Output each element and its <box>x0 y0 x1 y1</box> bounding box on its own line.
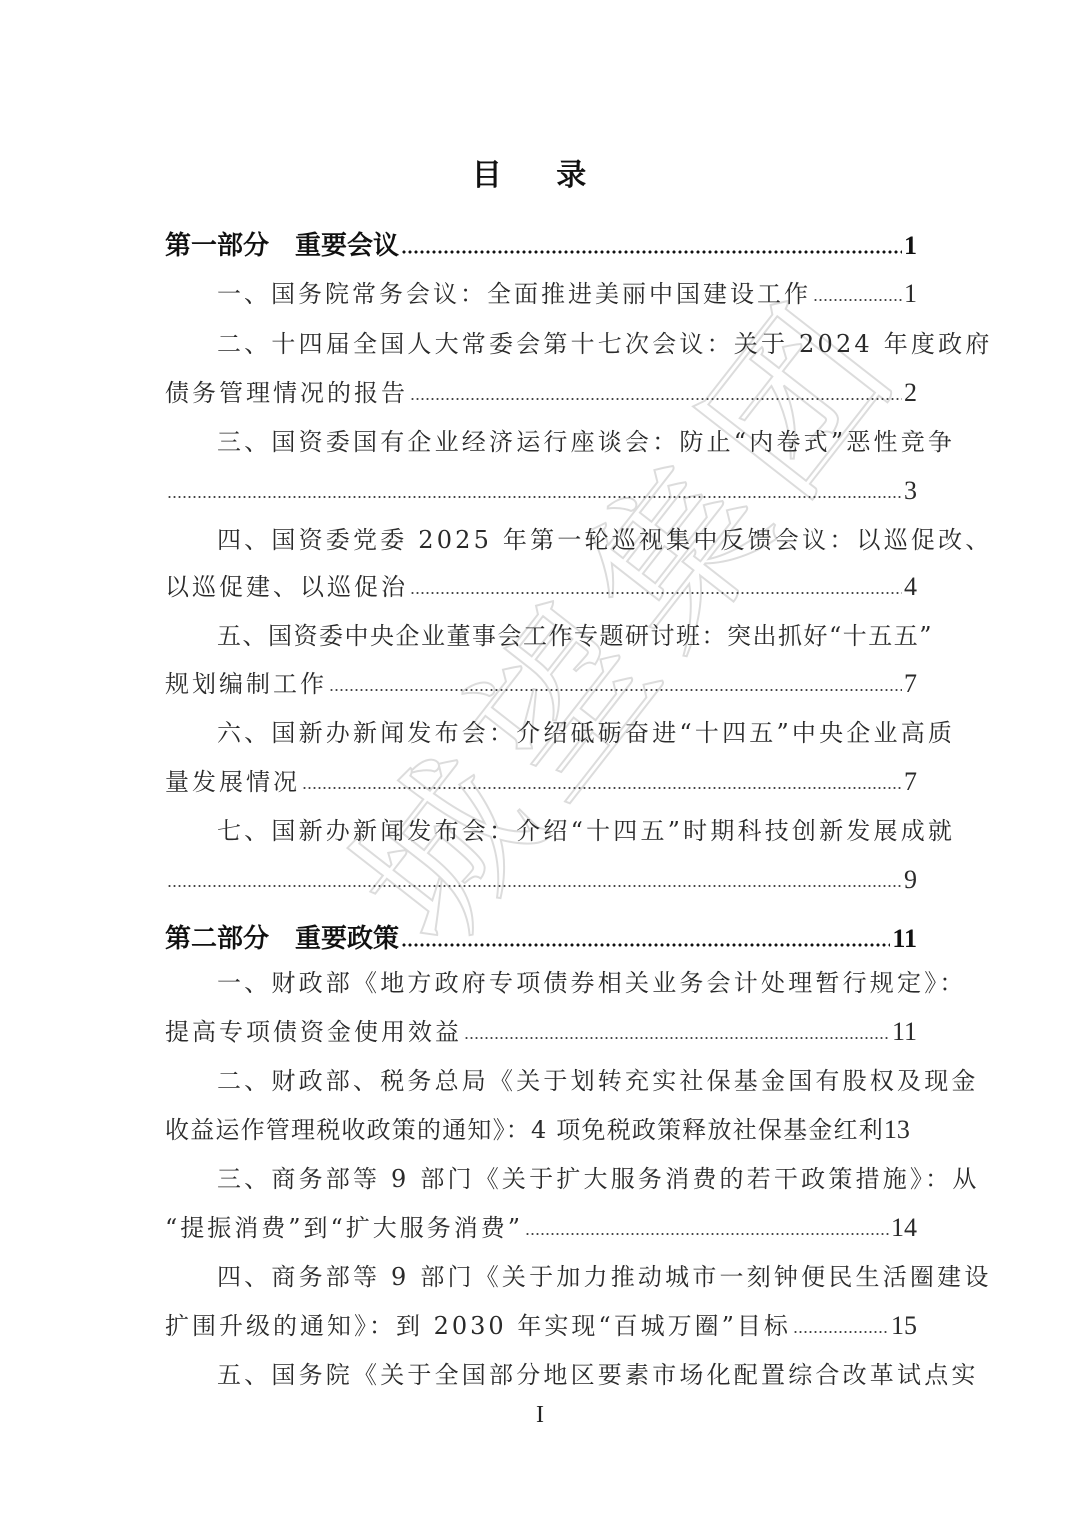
page-number: 14 <box>891 1212 917 1244</box>
leader-dots <box>464 1036 890 1040</box>
toc-entry-continuation[interactable]: 3 <box>165 467 917 507</box>
leader-dots <box>167 495 902 499</box>
toc-entry-continuation[interactable]: 量发展情况 7 <box>165 758 917 798</box>
entry-text: 一、国务院常务会议：全面推进美丽中国建设工作 <box>217 278 811 310</box>
toc-entry[interactable]: 二、十四届全国人大常委会第十七次会议：关于 2024 年度政府 <box>165 320 917 360</box>
page-number: 1 <box>904 278 917 310</box>
toc-entry[interactable]: 三、商务部等 9 部门《关于扩大服务消费的若干政策措施》：从 <box>165 1155 917 1195</box>
toc-entry[interactable]: 四、商务部等 9 部门《关于加力推动城市一刻钟便民生活圈建设 <box>165 1253 917 1293</box>
leader-dots <box>793 1330 889 1334</box>
leader-dots <box>329 688 902 692</box>
page-number: 11 <box>892 1016 917 1048</box>
page-number: 11 <box>892 923 917 955</box>
page-number: 4 <box>904 571 917 603</box>
toc-entry-continuation[interactable]: 规划编制工作 7 <box>165 660 917 700</box>
page-number: 7 <box>904 766 917 798</box>
toc-entry-continuation[interactable]: 提高专项债资金使用效益 11 <box>165 1008 917 1048</box>
entry-text: 三、国资委国有企业经济运行座谈会：防止“内卷式”恶性竞争 <box>217 426 955 458</box>
entry-text: 一、财政部《地方政府专项债券相关业务会计处理暂行规定》： <box>217 967 967 999</box>
leader-dots <box>813 298 902 302</box>
page-number: 9 <box>904 864 917 896</box>
entry-text: 规划编制工作 <box>165 668 327 700</box>
part-heading-text: 第一部分 重要会议 <box>165 230 399 262</box>
entry-text: 五、国务院《关于全国部分地区要素市场化配置综合改革试点实 <box>217 1359 979 1391</box>
toc-entry[interactable]: 一、国务院常务会议：全面推进美丽中国建设工作 1 <box>165 270 917 310</box>
toc-entry[interactable]: 三、国资委国有企业经济运行座谈会：防止“内卷式”恶性竞争 <box>165 418 917 458</box>
entry-text: 五、国资委中央企业董事会工作专题研讨班：突出抓好“十五五” <box>217 620 933 652</box>
entry-text: 四、国资委党委 2025 年第一轮巡视集中反馈会议：以巡促改、 <box>217 524 993 556</box>
leader-dots <box>401 943 890 947</box>
entry-text: 收益运作管理税收政策的通知》：4 项免税政策释放社保基金红利 <box>165 1114 884 1146</box>
page-number: 13 <box>884 1114 910 1146</box>
entry-text: 二、十四届全国人大常委会第十七次会议：关于 2024 年度政府 <box>217 328 993 360</box>
toc-entry[interactable]: 四、国资委党委 2025 年第一轮巡视集中反馈会议：以巡促改、 <box>165 516 917 556</box>
page-title: 目 录 <box>0 150 1080 194</box>
toc-part-heading[interactable]: 第二部分 重要政策 11 <box>165 915 917 955</box>
page-number: 7 <box>904 668 917 700</box>
entry-text: “提振消费”到“扩大服务消费” <box>165 1212 523 1244</box>
leader-dots <box>302 786 902 790</box>
toc-entry[interactable]: 一、财政部《地方政府专项债券相关业务会计处理暂行规定》： <box>165 959 917 999</box>
toc-entry-continuation[interactable]: 收益运作管理税收政策的通知》：4 项免税政策释放社保基金红利 13 <box>165 1106 917 1146</box>
toc-entry[interactable]: 六、国新办新闻发布会：介绍砥砺奋进“十四五”中央企业高质 <box>165 709 917 749</box>
leader-dots <box>525 1232 889 1236</box>
toc-entry-continuation[interactable]: 债务管理情况的报告 2 <box>165 369 917 409</box>
leader-dots <box>410 397 902 401</box>
toc-entry[interactable]: 五、国务院《关于全国部分地区要素市场化配置综合改革试点实 <box>165 1351 917 1391</box>
entry-text: 四、商务部等 9 部门《关于加力推动城市一刻钟便民生活圈建设 <box>217 1261 992 1293</box>
toc-entry-continuation[interactable]: “提振消费”到“扩大服务消费” 14 <box>165 1204 917 1244</box>
page-number: 3 <box>904 475 917 507</box>
entry-text: 七、国新办新闻发布会：介绍“十四五”时期科技创新发展成就 <box>217 815 955 847</box>
toc-page: 城望集团 目 录 第一部分 重要会议 1 一、国务院常务会议：全面推进美丽中国建… <box>0 0 1080 1528</box>
toc-entry[interactable]: 二、财政部、税务总局《关于划转充实社保基金国有股权及现金 <box>165 1057 917 1097</box>
entry-text: 债务管理情况的报告 <box>165 377 408 409</box>
entry-text: 二、财政部、税务总局《关于划转充实社保基金国有股权及现金 <box>217 1065 979 1097</box>
leader-dots <box>401 250 902 254</box>
entry-text: 三、商务部等 9 部门《关于扩大服务消费的若干政策措施》：从 <box>217 1163 980 1195</box>
part-heading-text: 第二部分 重要政策 <box>165 923 399 955</box>
leader-dots <box>410 591 902 595</box>
page-folio: I <box>0 1402 1080 1429</box>
page-number: 15 <box>891 1310 917 1342</box>
entry-text: 扩围升级的通知》：到 2030 年实现“百城万圈”目标 <box>165 1310 791 1342</box>
entry-text: 提高专项债资金使用效益 <box>165 1016 462 1048</box>
page-number: 1 <box>904 230 917 262</box>
toc-entry[interactable]: 七、国新办新闻发布会：介绍“十四五”时期科技创新发展成就 <box>165 807 917 847</box>
toc-part-heading[interactable]: 第一部分 重要会议 1 <box>165 222 917 262</box>
entry-text: 六、国新办新闻发布会：介绍砥砺奋进“十四五”中央企业高质 <box>217 717 955 749</box>
toc-entry[interactable]: 五、国资委中央企业董事会工作专题研讨班：突出抓好“十五五” <box>165 612 917 652</box>
entry-text: 以巡促建、以巡促治 <box>165 571 408 603</box>
toc-entry-continuation[interactable]: 以巡促建、以巡促治 4 <box>165 563 917 603</box>
page-number: 2 <box>904 377 917 409</box>
toc-entry-continuation[interactable]: 9 <box>165 856 917 896</box>
toc-entry-continuation[interactable]: 扩围升级的通知》：到 2030 年实现“百城万圈”目标 15 <box>165 1302 917 1342</box>
leader-dots <box>167 884 902 888</box>
entry-text: 量发展情况 <box>165 766 300 798</box>
